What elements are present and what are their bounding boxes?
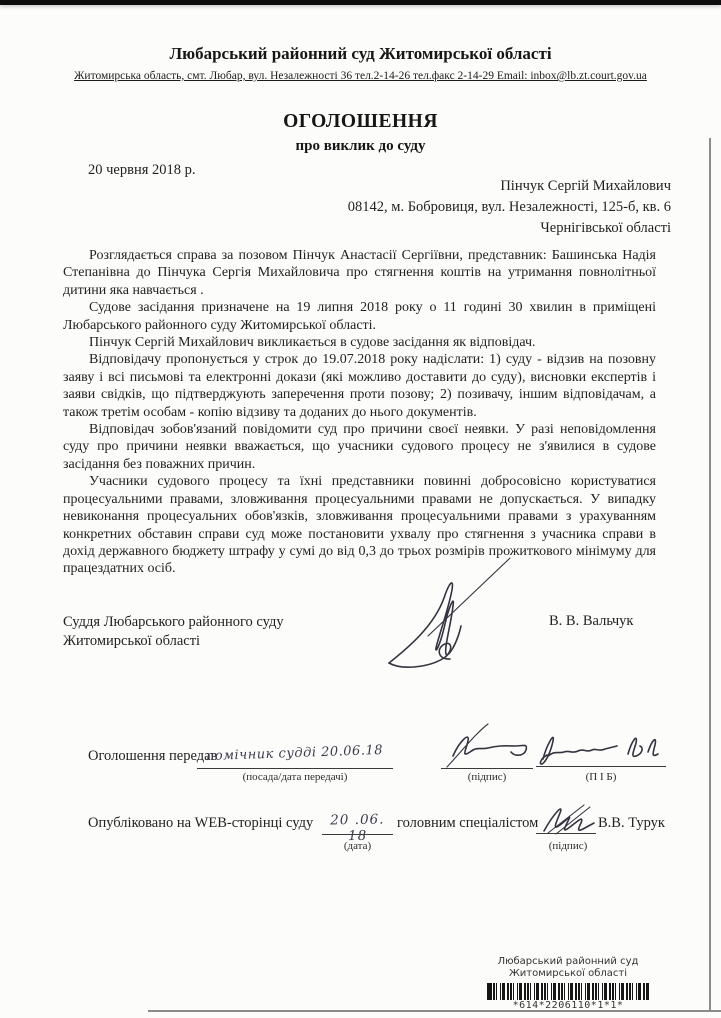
court-barcode-stamp: Любарський районний суд Житомирської обл… [487,956,649,1011]
scan-edge-top [0,0,721,5]
body-paragraph: Пінчук Сергій Михайлович викликається в … [63,334,656,351]
body-paragraph: Учасники судового процесу та їхні предст… [63,473,656,577]
scan-edge-right [709,138,711,1012]
publication-label: Опубліковано на WEB-сторінці суду [88,815,313,832]
body-paragraph: Відповідач зобов'язаний повідомити суд п… [63,421,656,473]
transfer-handwritten-value: помічник судді 20.06.18 [206,743,383,764]
barcode [487,983,649,1000]
transfer-name-line [536,766,666,767]
transfer-signature [443,722,533,768]
document-subtitle: про виклик до суду [0,138,721,155]
document-date: 20 червня 2018 р. [88,162,196,179]
court-name-heading: Любарський районний суд Житомирської обл… [0,44,721,64]
document-body: Розглядається справа за позовом Пінчук А… [63,247,656,578]
publication-date-caption: (дата) [322,840,393,852]
transfer-name-handwriting [538,726,664,766]
transfer-signature-line [441,768,533,769]
recipient-address: 08142, м. Бобровиця, вул. Незалежності, … [348,197,671,218]
court-contact-line: Житомирська область, смт. Любар, вул. Не… [0,70,721,82]
judge-name: В. В. Вальчук [549,613,633,630]
publication-date-field: 20 .06. 18 [322,812,393,835]
publication-signature-caption: (підпис) [528,840,608,852]
transfer-field-caption: (посада/дата передачі) [197,771,393,783]
body-paragraph: Розглядається справа за позовом Пінчук А… [63,247,656,299]
judge-signature [386,556,514,668]
transfer-handwritten-field: помічник судді 20.06.18 [197,744,393,769]
judge-title-line: Суддя Любарського районного суду [63,613,284,632]
stamp-court-name: Любарський районний суд [487,956,649,968]
judge-title-line: Житомирської області [63,632,284,651]
transfer-name-caption: (П І Б) [536,771,666,783]
stamp-court-region: Житомирської області [487,968,649,980]
publication-label-specialist: головним спеціалістом [397,815,538,832]
transfer-signature-caption: (підпис) [441,771,533,783]
recipient-region: Чернігівської області [348,218,671,239]
document-title: ОГОЛОШЕННЯ [0,111,721,133]
barcode-code: *614*2206110*1*1* [487,1000,649,1011]
body-paragraph: Судове засідання призначене на 19 липня … [63,299,656,334]
recipient-name: Пінчук Сергій Михайлович [348,176,671,197]
judge-title-block: Суддя Любарського районного суду Житомир… [63,613,284,650]
body-paragraph: Відповідачу пропонується у строк до 19.0… [63,351,656,421]
publication-signature [540,801,596,835]
recipient-address-block: Пінчук Сергій Михайлович 08142, м. Бобро… [348,176,671,239]
scanned-court-document: Любарський районний суд Житомирської обл… [0,0,721,1018]
publication-signature-line [536,833,596,834]
specialist-name: В.В. Турук [598,815,665,832]
